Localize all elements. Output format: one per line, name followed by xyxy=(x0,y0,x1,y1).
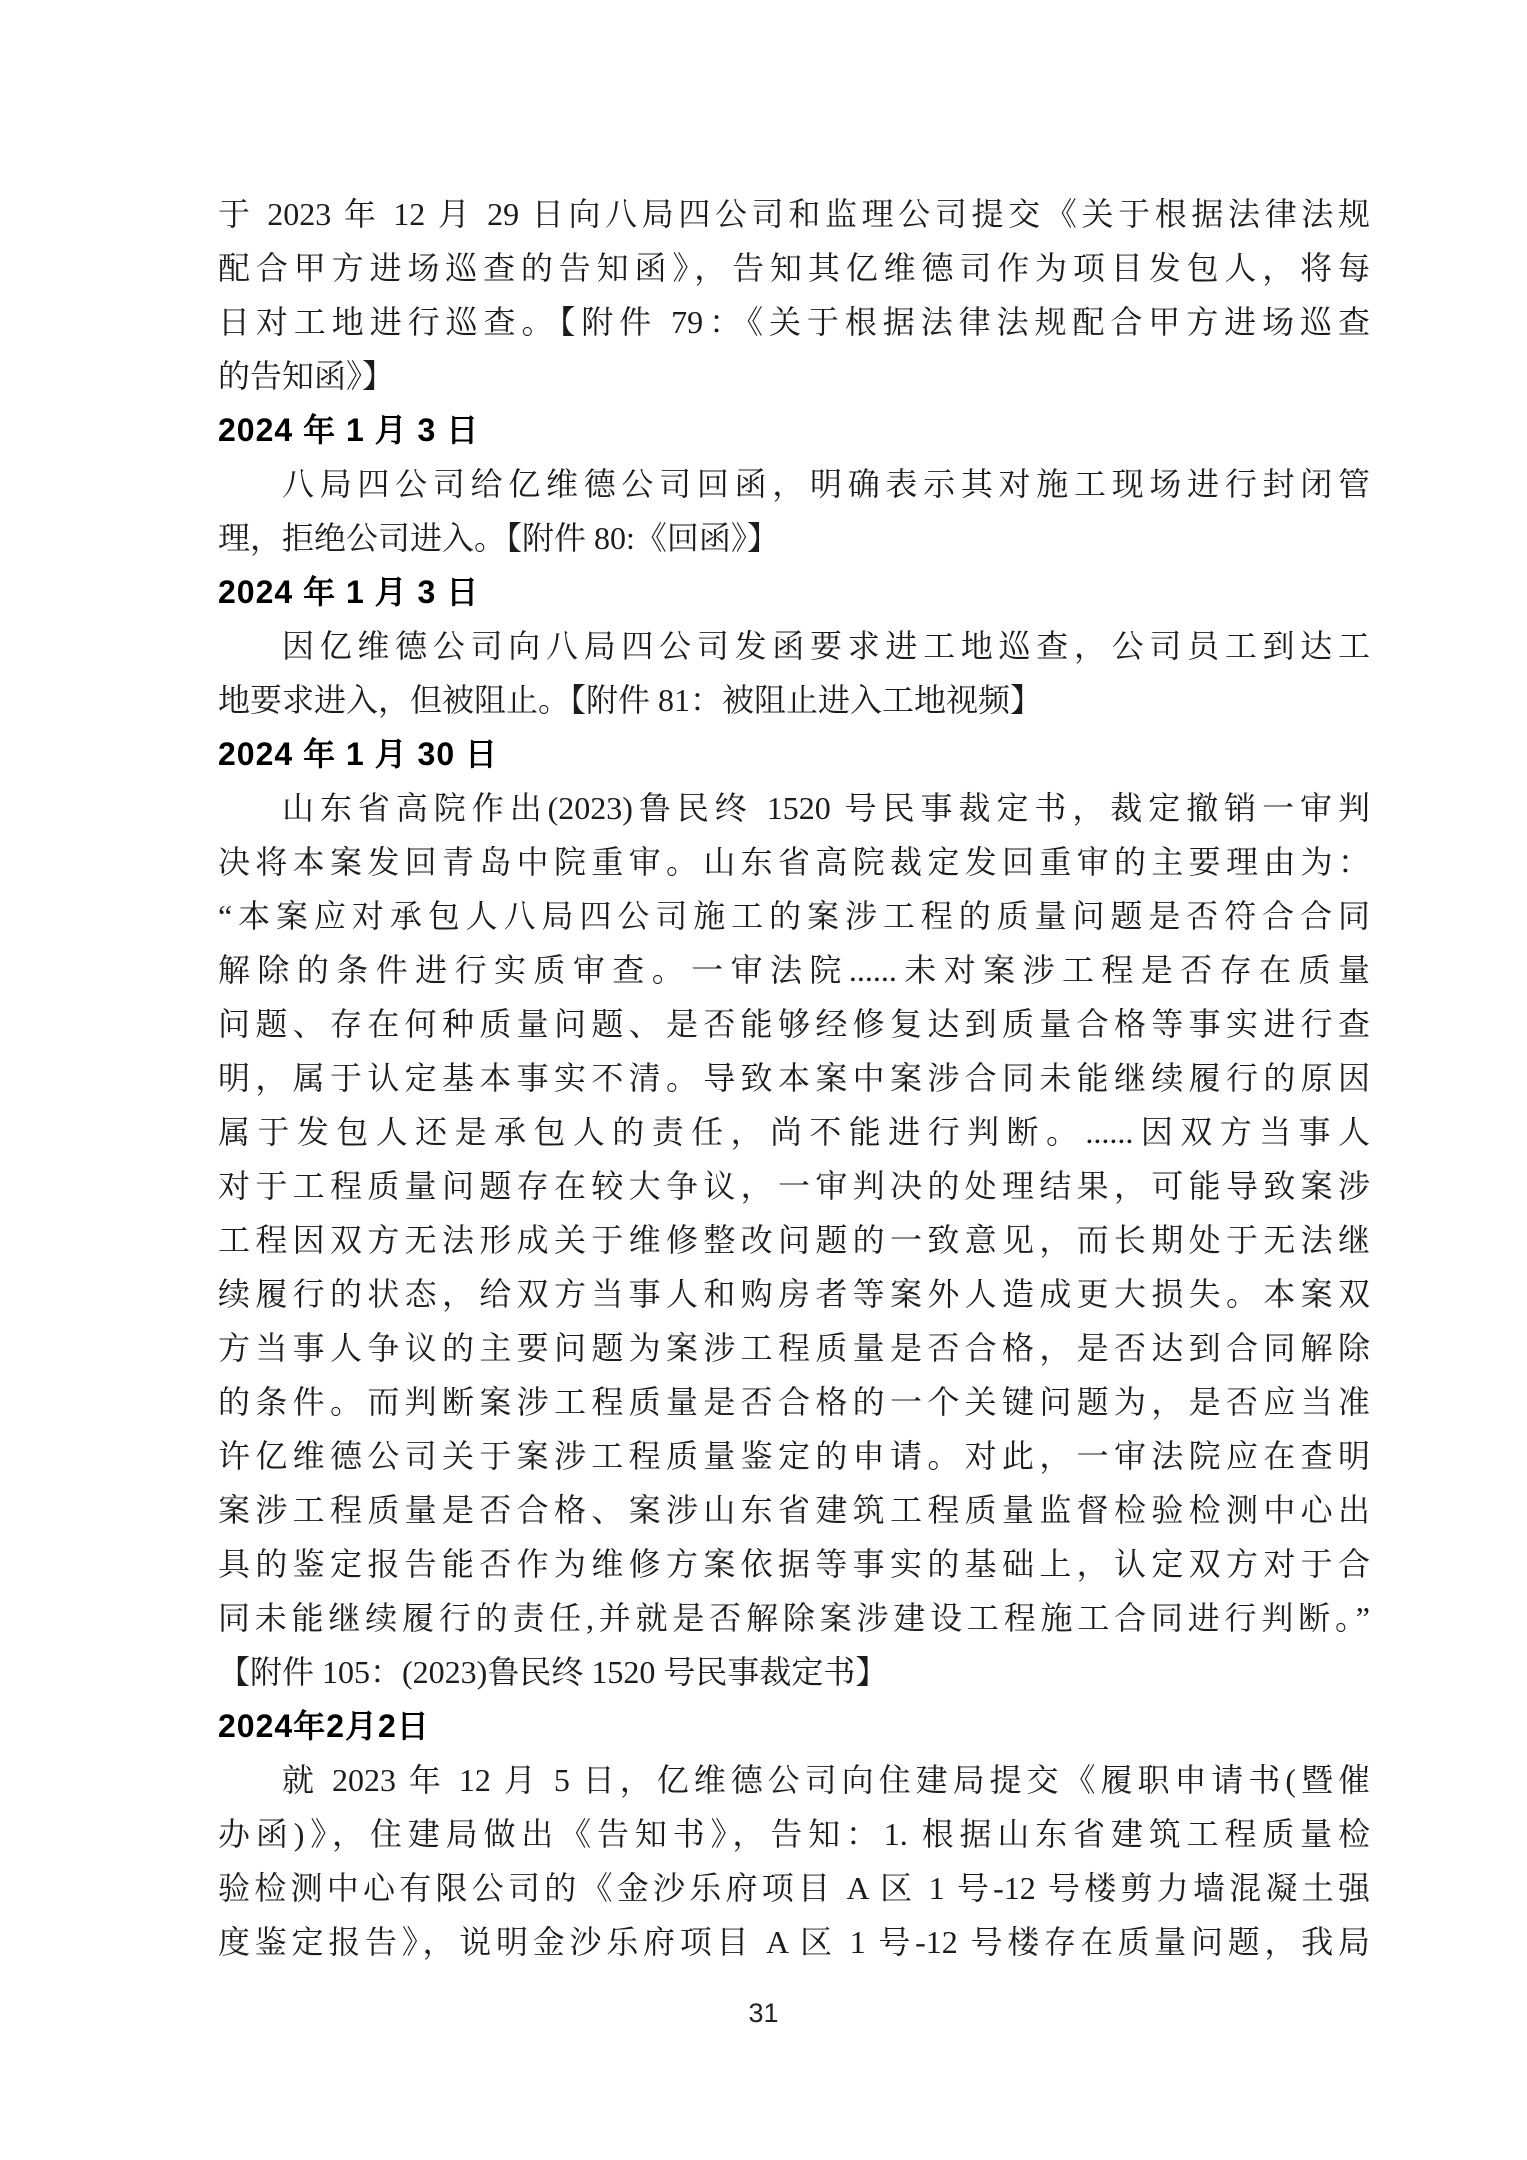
text-line: 八局四公司给亿维德公司回函，明确表示其对施工现场进行封闭管 xyxy=(218,457,1370,511)
text-line: 的告知函》】 xyxy=(218,349,1370,403)
text-line: 决将本案发回青岛中院重审。山东省高院裁定发回重审的主要理由为： xyxy=(218,835,1370,889)
text-line: 理，拒绝公司进入。【附件 80:《回函》】 xyxy=(218,511,1370,565)
text-line: 配合甲方进场巡查的告知函》，告知其亿维德司作为项目发包人，将每 xyxy=(218,241,1370,295)
text-line: 山东省高院作出(2023)鲁民终 1520 号民事裁定书，裁定撤销一审判 xyxy=(218,781,1370,835)
text-line: 于 2023 年 12 月 29 日向八局四公司和监理公司提交《关于根据法律法规 xyxy=(218,187,1370,241)
text-line: 日对工地进行巡查。【附件 79：《关于根据法律法规配合甲方进场巡查 xyxy=(218,295,1370,349)
text-line: “本案应对承包人八局四公司施工的案涉工程的质量问题是否符合合同 xyxy=(218,889,1370,943)
date-heading: 2024 年 1 月 3 日 xyxy=(218,403,1370,457)
text-line: 验检测中心有限公司的《金沙乐府项目 A 区 1 号-12 号楼剪力墙混凝土强 xyxy=(218,1861,1370,1915)
text-line: 同未能继续履行的责任,并就是否解除案涉建设工程施工合同进行判断。” xyxy=(218,1591,1370,1645)
text-line: 工程因双方无法形成关于维修整改问题的一致意见，而长期处于无法继 xyxy=(218,1213,1370,1267)
date-heading: 2024 年 1 月 30 日 xyxy=(218,727,1370,781)
text-line: 办函)》，住建局做出《告知书》，告知：1. 根据山东省建筑工程质量检 xyxy=(218,1807,1370,1861)
document-page: 于 2023 年 12 月 29 日向八局四公司和监理公司提交《关于根据法律法规… xyxy=(0,0,1527,2160)
text-line: 问题、存在何种质量问题、是否能够经修复达到质量合格等事实进行查 xyxy=(218,997,1370,1051)
text-line: 解除的条件进行实质审查。一审法院......未对案涉工程是否存在质量 xyxy=(218,943,1370,997)
page-number: 31 xyxy=(0,1998,1527,2029)
text-line: 因亿维德公司向八局四公司发函要求进工地巡查，公司员工到达工 xyxy=(218,619,1370,673)
text-line: 度鉴定报告》，说明金沙乐府项目 A 区 1 号-12 号楼存在质量问题，我局 xyxy=(218,1915,1370,1969)
text-line: 对于工程质量问题存在较大争议，一审判决的处理结果，可能导致案涉 xyxy=(218,1159,1370,1213)
text-line: 的条件。而判断案涉工程质量是否合格的一个关键问题为，是否应当准 xyxy=(218,1375,1370,1429)
text-line: 续履行的状态，给双方当事人和购房者等案外人造成更大损失。本案双 xyxy=(218,1267,1370,1321)
date-heading: 2024 年 1 月 3 日 xyxy=(218,565,1370,619)
text-line: 具的鉴定报告能否作为维修方案依据等事实的基础上，认定双方对于合 xyxy=(218,1537,1370,1591)
text-line: 就 2023 年 12 月 5 日，亿维德公司向住建局提交《履职申请书(暨催 xyxy=(218,1753,1370,1807)
text-line: 许亿维德公司关于案涉工程质量鉴定的申请。对此，一审法院应在查明 xyxy=(218,1429,1370,1483)
document-body: 于 2023 年 12 月 29 日向八局四公司和监理公司提交《关于根据法律法规… xyxy=(218,187,1370,1969)
text-line: 案涉工程质量是否合格、案涉山东省建筑工程质量监督检验检测中心出 xyxy=(218,1483,1370,1537)
text-line: 【附件 105：(2023)鲁民终 1520 号民事裁定书】 xyxy=(218,1645,1370,1699)
text-line: 地要求进入，但被阻止。【附件 81：被阻止进入工地视频】 xyxy=(218,673,1370,727)
text-line: 明，属于认定基本事实不清。导致本案中案涉合同未能继续履行的原因 xyxy=(218,1051,1370,1105)
text-line: 属于发包人还是承包人的责任，尚不能进行判断。......因双方当事人 xyxy=(218,1105,1370,1159)
date-heading: 2024年2月2日 xyxy=(218,1699,1370,1753)
text-line: 方当事人争议的主要问题为案涉工程质量是否合格，是否达到合同解除 xyxy=(218,1321,1370,1375)
